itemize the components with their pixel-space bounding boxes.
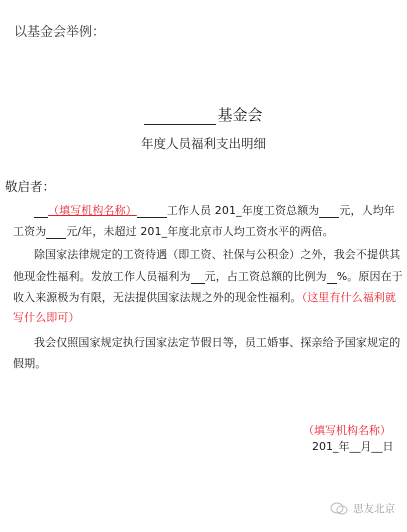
paragraph2-line3: 收入来源极为有限，无法提供国家法规之外的现金性福利。（这里有什么福利就	[13, 289, 396, 305]
title-suffix: 基金会	[217, 106, 262, 124]
watermark-text: 思友北京	[353, 501, 395, 516]
text: 元，人均年	[339, 204, 395, 217]
text: 元/年，未超过 201_年度北京市人均工资水平的两倍。	[66, 225, 333, 238]
paragraph1-line1: （填写机构名称）工作人员 201_年度工资总额为元，人均年	[34, 202, 395, 218]
wechat-icon	[330, 502, 348, 515]
note-red: （这里有什么福利就	[302, 291, 396, 304]
paragraph3-line1: 我会仅照国家规定执行国家法定节假日等，员工婚事、探亲给予国家规定的	[34, 334, 400, 350]
org-name-blank	[144, 109, 216, 125]
text: %。原因在于	[337, 270, 403, 283]
total-salary-blank	[319, 205, 339, 218]
blank-line	[34, 205, 48, 218]
paragraph2-line1: 除国家法律规定的工资待遇（即工资、社保与公积金）之外，我会不提供其	[34, 246, 400, 262]
intro-text: 以基金会举例：	[14, 21, 105, 40]
blank-line	[137, 205, 167, 218]
paragraph2-line4-note: 写什么即可）	[13, 309, 80, 325]
document-title: 基金会	[0, 104, 407, 125]
ratio-blank	[327, 271, 337, 284]
paragraph1-line2: 工资为元/年，未超过 201_年度北京市人均工资水平的两倍。	[13, 223, 334, 239]
document-subtitle: 年度人员福利支出明细	[0, 134, 407, 152]
welfare-amount-blank	[191, 271, 205, 284]
text: 工资为	[13, 225, 46, 238]
avg-salary-blank	[46, 226, 66, 239]
text: 收入来源极为有限，无法提供国家法规之外的现金性福利。	[13, 291, 302, 304]
salutation: 敬启者：	[5, 177, 55, 195]
org-name-placeholder: （填写机构名称）	[48, 204, 137, 217]
watermark: 思友北京	[330, 501, 395, 516]
text: 他现金性福利。发放工作人员福利为	[13, 270, 191, 283]
paragraph3-line2: 假期。	[13, 355, 46, 371]
paragraph2-line2: 他现金性福利。发放工作人员福利为元，占工资总额的比例为%。原因在于	[13, 268, 403, 284]
signature-org-placeholder: （填写机构名称）	[303, 422, 391, 438]
signature-date: 201_年__月__日	[312, 438, 394, 454]
text: 元，占工资总额的比例为	[205, 270, 327, 283]
text: 工作人员 201_年度工资总额为	[167, 204, 320, 217]
